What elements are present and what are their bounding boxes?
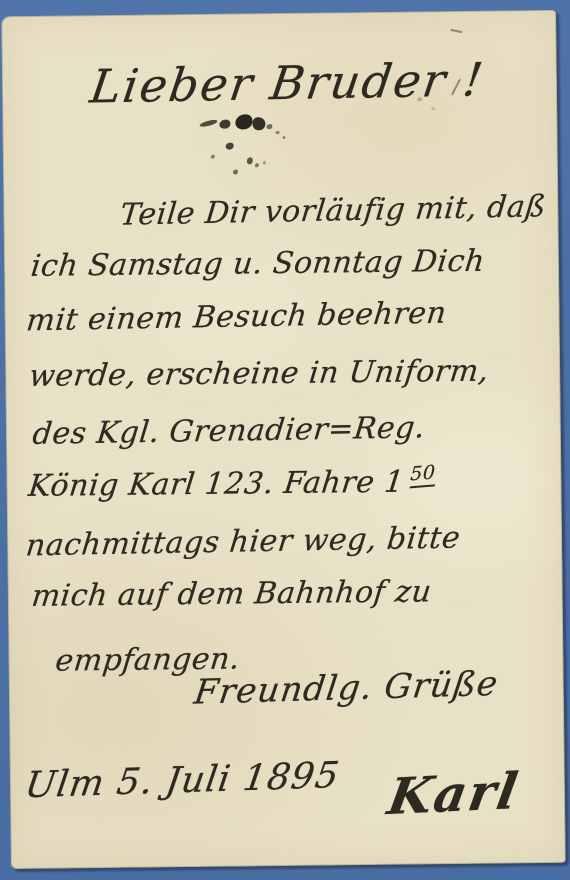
fare-text: König Karl 123. Fahre 1 — [27, 465, 407, 504]
ink-blot — [283, 136, 286, 139]
ink-blot — [199, 119, 218, 128]
body-line: ich Samstag u. Sonntag Dich — [29, 244, 487, 284]
body-line: werde, erscheine in Uniform, — [27, 354, 490, 394]
ink-blot — [276, 131, 280, 134]
body-line: nachmittags hier weg, bitte — [24, 520, 462, 563]
ink-blot — [252, 117, 265, 130]
ink-blot — [263, 161, 266, 164]
postcard: Lieber Bruder ! Teile Dir vorläufig mit,… — [1, 10, 566, 869]
ink-blot — [235, 114, 252, 129]
body-line: mich auf dem Bahnhof zu — [30, 574, 434, 614]
fare-fraction: 50 — [409, 461, 435, 488]
pen-scratch — [450, 29, 462, 33]
ink-blot — [233, 169, 238, 174]
salutation: Lieber Bruder ! — [87, 52, 488, 113]
ink-blot — [219, 120, 230, 129]
scan-background: Lieber Bruder ! Teile Dir vorläufig mit,… — [0, 0, 570, 880]
ink-blot — [226, 143, 234, 150]
ink-blot — [266, 124, 272, 129]
ink-blot — [431, 107, 435, 110]
ink-blot — [255, 163, 259, 167]
place-and-date: Ulm 5. Juli 1895 — [22, 755, 342, 806]
body-line: Teile Dir vorläufig mit, daß — [118, 189, 547, 233]
ink-blot — [211, 155, 215, 159]
ink-blot — [247, 157, 253, 164]
signature: Karl — [384, 761, 524, 826]
body-line: mit einem Besuch beehren — [25, 296, 449, 339]
body-line-fare: König Karl 123. Fahre 150 — [27, 464, 437, 504]
closing-greeting: Freundlg. Grüße — [192, 664, 501, 713]
body-line: des Kgl. Grenadier=Reg. — [31, 410, 427, 452]
